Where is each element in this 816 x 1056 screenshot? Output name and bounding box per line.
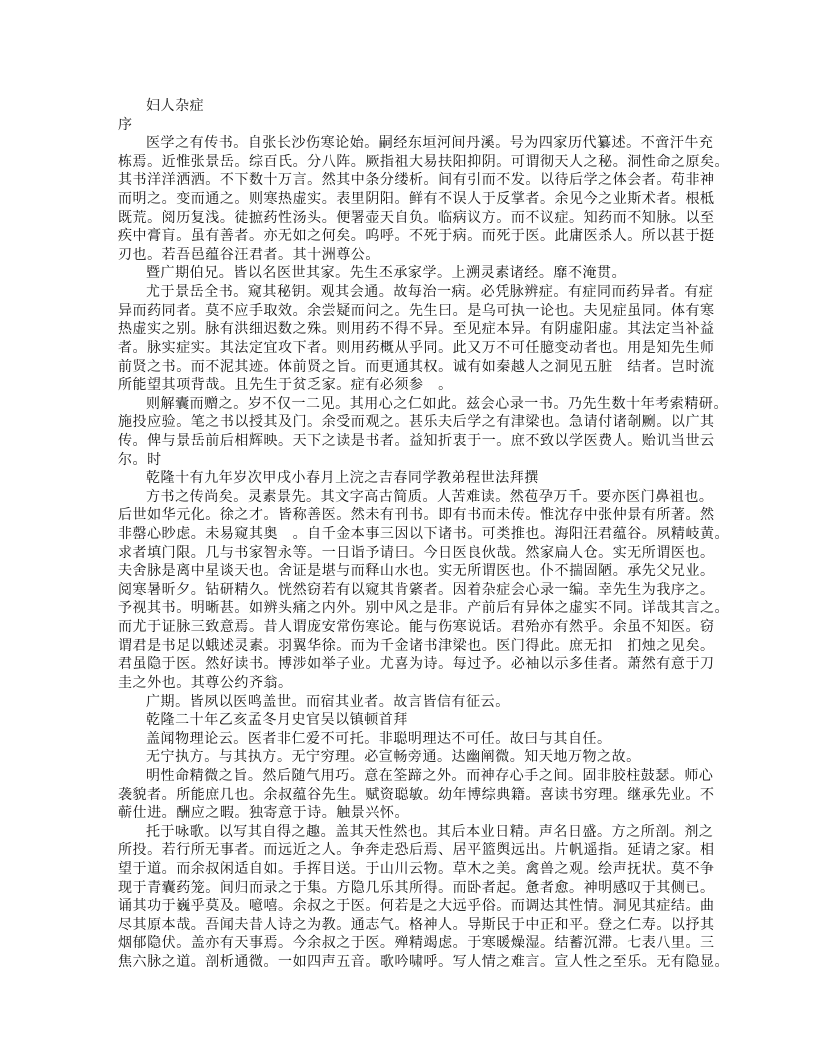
text-line: 栋焉。近惟张景岳。综百氏。分八阵。厥指祖大易扶阳抑阴。可谓彻天人之秘。洞性命之原… [118,153,702,172]
text-line: 乾隆十有九年岁次甲戌小春月上浣之吉春同学教弟程世法拜撰 [118,469,702,488]
text-line: 既荒。阅历复浅。徒摭药性汤头。便署壶天自负。临病议方。而不议症。知药而不知脉。以… [118,209,702,228]
text-line: 盖闻物理论云。医者非仁爱不可托。非聪明理达不可任。故曰与其自任。 [118,730,702,749]
paragraph: 盖闻物理论云。医者非仁爱不可托。非聪明理达不可任。故曰与其自任。 [118,730,702,749]
paragraph: 明性命精微之旨。然后随气用巧。意在筌蹄之外。而神存心手之间。固非胶柱鼓瑟。师心 … [118,767,702,823]
text-line: 夫舍脉是离中星谈天也。舍证是堪与而释山水也。实无所谓医也。仆不揣固陋。承先父兄业… [118,562,702,581]
text-line: 焦六脉之道。剖析通微。一如四声五音。歌吟啸呼。写人情之难言。宣人性之至乐。无有隐… [118,953,702,972]
text-line: 尔。时 [118,451,702,470]
text-line: 尤于景岳全书。窥其秘钥。观其会通。故每治一病。必凭脉辨症。有症同而药异者。有症 [118,283,702,302]
text-line: 现于青囊药笼。间归而录之于集。方隐几乐其所得。而卧者起。惫者愈。神明感叹于其侧已… [118,879,702,898]
text-line: 而明之。变而通之。则寒热虚实。表里阴阳。鲜有不误人于反掌者。余见今之业斯术者。根… [118,190,702,209]
signature-line: 乾隆二十年乙亥孟冬月史官吴以镇顿首拜 [118,711,702,730]
paragraph: 尤于景岳全书。窥其秘钥。观其会通。故每治一病。必凭脉辨症。有症同而药异者。有症 … [118,283,702,395]
text-line: 异而药同者。莫不应手取效。余尝疑而问之。先生曰。是乌可执一论也。夫见症虽同。体有… [118,302,702,321]
text-line: 广期。皆夙以医鸣盖世。而宿其业者。故言皆信有征云。 [118,693,702,712]
text-line: 圭之外也。其尊公约齐翁。 [118,674,702,693]
text-line: 予视其书。明晰甚。如辨头痛之内外。别中风之是非。产前后有异体之虚实不同。详哉其言… [118,599,702,618]
text-line: 则解囊而赠之。岁不仅一二见。其用心之仁如此。兹会心录一书。乃先生数十年考索精研。 [118,395,702,414]
text-line: 所投。若行所无事者。而远近之人。争奔走恐后焉、居平篮舆远出。片帆遥指。延请之家。… [118,841,702,860]
text-line: 明性命精微之旨。然后随气用巧。意在筌蹄之外。而神存心手之间。固非胶柱鼓瑟。师心 [118,767,702,786]
signature-line: 乾隆十有九年岁次甲戌小春月上浣之吉春同学教弟程世法拜撰 [118,469,702,488]
paragraph: 方书之传尚矣。灵素景先。其文字高古简质。人苦难读。然苞孕万千。要亦医门鼻祖也。 … [118,488,702,693]
text-line: 袭貌者。所能庶几也。余叔蕴谷先生。赋资聪敏。幼年博综典籍。喜读书穷理。继承先业。… [118,786,702,805]
text-line: 刃也。若吾邑蕴谷汪君者。其十洲尊公。 [118,246,702,265]
paragraph: 无宁执方。与其执方。无宁穷理。必宣畅旁通。达幽阐微。知天地万物之故。 [118,748,702,767]
text-line: 君虽隐于医。然好读书。博涉如举子业。尤喜为诗。每过予。必袖以示多佳者。萧然有意于… [118,655,702,674]
preface-heading: 序 [118,116,702,135]
text-line: 谓君是书足以蛾述灵素。羽翼华徐。而为千金诸书津梁也。医门得此。庶无扣 扪烛之见矣… [118,637,702,656]
text-line: 施投应验。笔之书以授其及门。余受而观之。甚乐夫后学之有津梁也。急请付诸剞劂。以广… [118,413,702,432]
text-line: 热虚实之别。脉有洪细迟数之殊。则用药不得不异。至见症本异。有阴虚阳虚。其法定当补… [118,320,702,339]
text-line: 望于道。而余叔闲适自如。手挥目送。于山川云物。草木之美。禽兽之观。绘声抚状。莫不… [118,860,702,879]
text-line: 无宁执方。与其执方。无宁穷理。必宣畅旁通。达幽阐微。知天地万物之故。 [118,748,702,767]
text-line: 求者填门限。几与书家智永等。一日诣予请曰。今日医良伙哉。然家扁人仓。实无所谓医也… [118,544,702,563]
text-line: 尽其原本哉。吾闻夫昔人诗之为教。通志气。格神人。导斯民于中正和平。登之仁寿。以抒… [118,916,702,935]
paragraph: 广期。皆夙以医鸣盖世。而宿其业者。故言皆信有征云。 [118,693,702,712]
text-line: 而尤于证脉三致意焉。昔人谓庞安常伤寒论。能与伤寒说话。君殆亦有然乎。余虽不知医。… [118,618,702,637]
text-line: 诵其功于巍乎莫及。噫嘻。余叔之于医。何若是之大远乎俗。而调达其性情。洞见其症结。… [118,897,702,916]
text-line: 乾隆二十年乙亥孟冬月史官吴以镇顿首拜 [118,711,702,730]
paragraph: 托于咏歌。以写其自得之趣。盖其天性然也。其后本业日精。声名日盛。方之所剖。剂之 … [118,823,702,972]
text-line: 蕲仕进。酬应之暇。独寄意于诗。触景兴怀。 [118,804,702,823]
text-line: 后世如华元化。徐之才。皆称善医。然未有刊书。即有书而未传。惟沈存中张仲景有所著。… [118,506,702,525]
text-line: 者。脉实症实。其法定宜攻下者。则用药概从乎同。此又万不可任臆变动者也。用是知先生… [118,339,702,358]
text-line: 阅寒暑昕夕。钻研精久。恍然窃若有以窥其肯綮者。因着杂症会心录一编。幸先生为我序之… [118,581,702,600]
text-line: 非罄心眇虑。未易窥其奥 。自千金本事三因以下诸书。可类推也。海阳汪君蕴谷。夙精岐… [118,525,702,544]
text-line: 医学之有传书。自张长沙伤寒论始。嗣经东垣河间丹溪。号为四家历代纂述。不啻汗牛充 [118,134,702,153]
paragraph: 则解囊而赠之。岁不仅一二见。其用心之仁如此。兹会心录一书。乃先生数十年考索精研。… [118,395,702,469]
text-line: 疾中膏肓。虽有善者。亦无如之何矣。呜呼。不死于病。而死于医。此庸医杀人。所以甚于… [118,227,702,246]
section-title: 妇人杂症 [118,97,702,116]
text-line: 方书之传尚矣。灵素景先。其文字高古简质。人苦难读。然苞孕万千。要亦医门鼻祖也。 [118,488,702,507]
text-line: 暨广期伯兄。皆以名医世其家。先生丕承家学。上溯灵素诸经。靡不淹贯。 [118,264,702,283]
paragraph: 医学之有传书。自张长沙伤寒论始。嗣经东垣河间丹溪。号为四家历代纂述。不啻汗牛充 … [118,134,702,264]
document-page: 妇人杂症 序 医学之有传书。自张长沙伤寒论始。嗣经东垣河间丹溪。号为四家历代纂述… [118,97,702,972]
text-line: 烟郁隐伏。盖亦有天事焉。今余叔之于医。殚精竭虑。于寒暖燥湿。结蓄沉滞。七表八里。… [118,934,702,953]
text-line: 所能望其项背哉。且先生于贫乏家。症有必须参 。 [118,376,702,395]
text-line: 托于咏歌。以写其自得之趣。盖其天性然也。其后本业日精。声名日盛。方之所剖。剂之 [118,823,702,842]
paragraph: 暨广期伯兄。皆以名医世其家。先生丕承家学。上溯灵素诸经。靡不淹贯。 [118,264,702,283]
text-line: 前贤之书。而不泥其迹。体前贤之旨。而更通其权。诚有如秦越人之洞见五脏 结者。岂时… [118,358,702,377]
text-line: 传。俾与景岳前后相辉映。天下之读是书者。益知折衷于一。庶不致以学医费人。贻讥当世… [118,432,702,451]
text-line: 其书洋洋洒洒。不下数十万言。然其中条分缕析。间有引而不发。以待后学之体会者。苟非… [118,171,702,190]
